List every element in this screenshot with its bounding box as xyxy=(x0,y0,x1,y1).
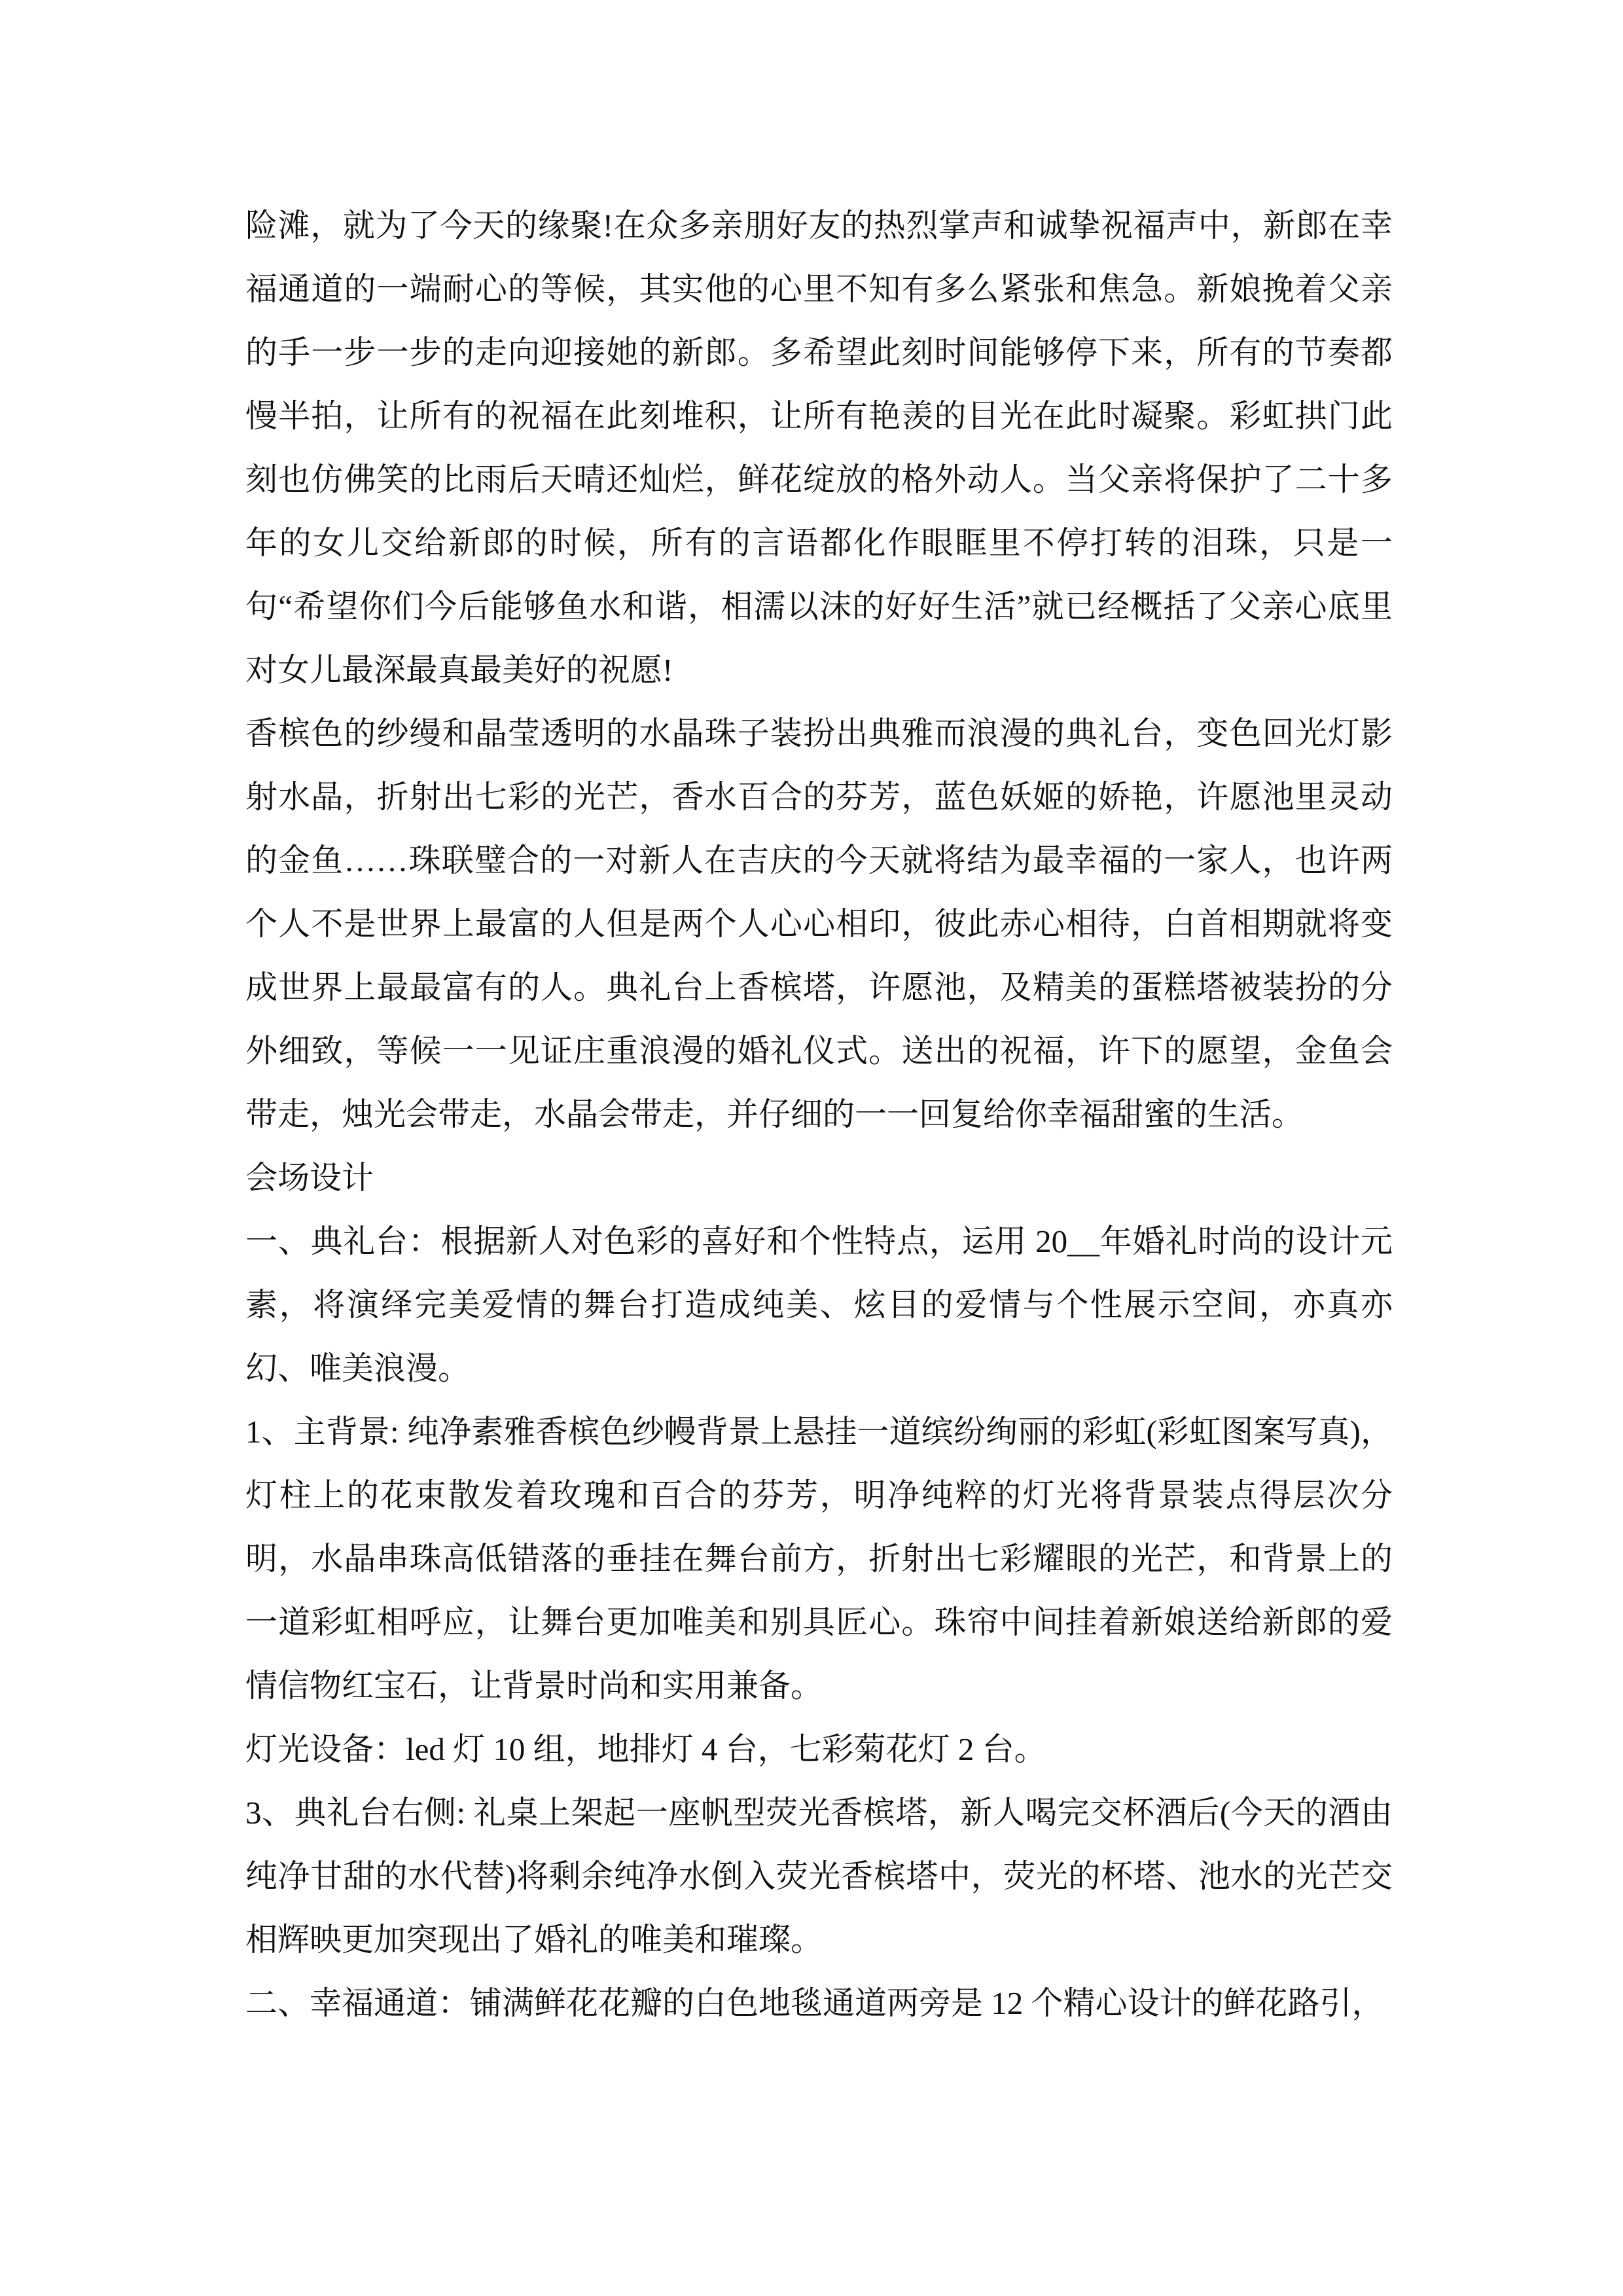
paragraph-opening-ceremony: 险滩，就为了今天的缘聚!在众多亲朋好友的热烈掌声和诚挚祝福声中，新郎在幸福通道的… xyxy=(245,194,1393,702)
paragraph-lighting-equipment: 灯光设备：led 灯 10 组，地排灯 4 台，七彩菊花灯 2 台。 xyxy=(245,1717,1393,1781)
paragraph-stage-right-side: 3、典礼台右侧: 礼桌上架起一座帆型荧光香槟塔，新人喝完交杯酒后(今天的酒由纯净… xyxy=(245,1781,1393,1971)
paragraph-ceremony-stage: 一、典礼台：根据新人对色彩的喜好和个性特点，运用 20__年婚礼时尚的设计元素，… xyxy=(245,1210,1393,1400)
document-body: 险滩，就为了今天的缘聚!在众多亲朋好友的热烈掌声和诚挚祝福声中，新郎在幸福通道的… xyxy=(245,194,1393,2035)
paragraph-happiness-aisle: 二、幸福通道：铺满鲜花花瓣的白色地毯通道两旁是 12 个精心设计的鲜花路引， xyxy=(245,1971,1393,2035)
paragraph-main-backdrop: 1、主背景: 纯净素雅香槟色纱幔背景上悬挂一道缤纷绚丽的彩虹(彩虹图案写真)，灯… xyxy=(245,1400,1393,1717)
paragraph-stage-description: 香槟色的纱缦和晶莹透明的水晶珠子装扮出典雅而浪漫的典礼台，变色回光灯影射水晶，折… xyxy=(245,702,1393,1146)
document-page: 险滩，就为了今天的缘聚!在众多亲朋好友的热烈掌声和诚挚祝福声中，新郎在幸福通道的… xyxy=(0,0,1623,2296)
paragraph-venue-design-heading: 会场设计 xyxy=(245,1146,1393,1210)
